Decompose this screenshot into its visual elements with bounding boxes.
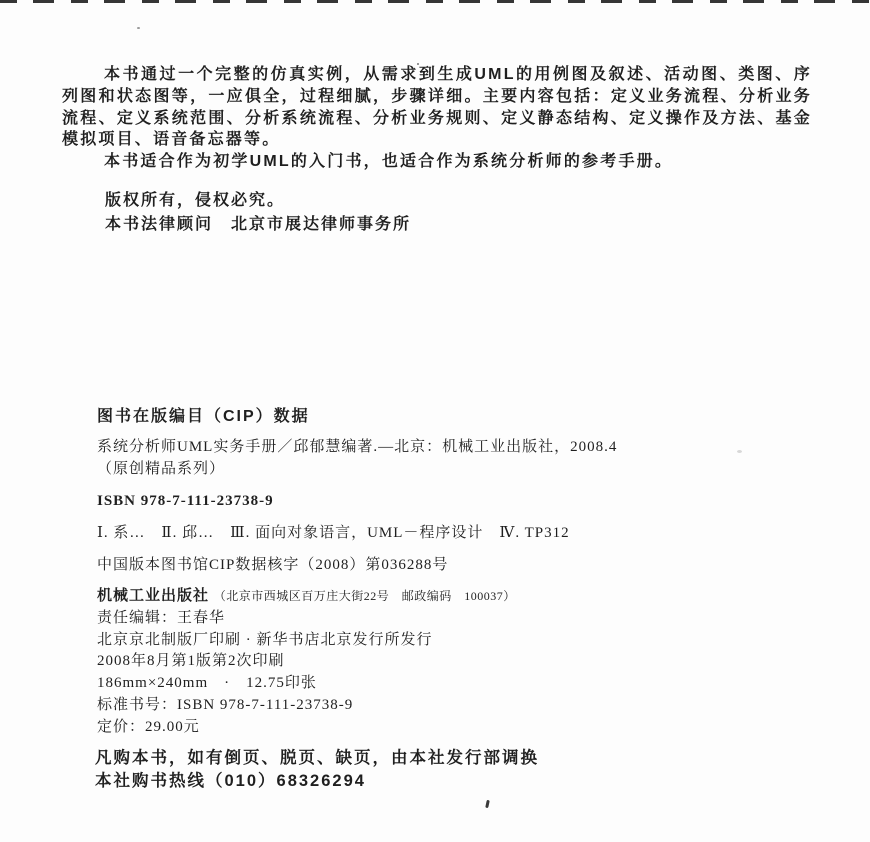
editor-line: 责任编辑：王春华: [97, 608, 757, 630]
book-number-line: 标准书号：ISBN 978-7-111-23738-9: [97, 695, 757, 717]
edition-line: 2008年8月第1版第2次印刷: [97, 651, 757, 673]
cip-data-section: 系统分析师UML实务手册／邱郁慧编著.—北京：机械工业出版社，2008.4 （原…: [97, 436, 757, 576]
scan-speck: [485, 800, 490, 808]
scan-speck: [137, 27, 140, 29]
publisher-name: 机械工业出版社: [97, 587, 209, 604]
cip-isbn-line: ISBN 978-7-111-23738-9: [97, 490, 757, 512]
format-line: 186mm×240mm · 12.75印张: [97, 673, 757, 695]
publisher-address: （北京市西城区百万庄大街22号 邮政编码 100037）: [214, 589, 516, 603]
scan-edge-artifact: [0, 0, 870, 3]
service-info-section: 凡购本书，如有倒页、脱页、缺页，由本社发行部调换 本社购书热线（010）6832…: [95, 747, 539, 792]
price-line: 定价：29.00元: [97, 717, 757, 739]
legal-counsel-line: 本书法律顾问 北京市展达律师事务所: [105, 213, 411, 237]
publisher-line: 机械工业出版社 （北京市西城区百万庄大街22号 邮政编码 100037）: [97, 585, 757, 608]
intro-paragraph-audience: 本书适合作为初学UML的入门书，也适合作为系统分析师的参考手册。: [62, 151, 812, 173]
cip-record-number-line: 中国版本图书馆CIP数据核字（2008）第036288号: [97, 554, 757, 576]
purchase-hotline-line: 本社购书热线（010）68326294: [95, 770, 539, 793]
book-intro-section: 本书通过一个完整的仿真实例，从需求到生成UML的用例图及叙述、活动图、类图、序列…: [62, 64, 812, 173]
cip-series-line: （原创精品系列）: [97, 458, 757, 480]
cip-header: 图书在版编目（CIP）数据: [97, 403, 310, 426]
cip-title-line: 系统分析师UML实务手册／邱郁慧编著.—北京：机械工业出版社，2008.4: [97, 436, 757, 458]
publication-info-section: 机械工业出版社 （北京市西城区百万庄大街22号 邮政编码 100037） 责任编…: [97, 585, 757, 739]
copyright-section: 版权所有，侵权必究。 本书法律顾问 北京市展达律师事务所: [105, 189, 411, 236]
intro-paragraph-summary: 本书通过一个完整的仿真实例，从需求到生成UML的用例图及叙述、活动图、类图、序列…: [62, 64, 812, 151]
exchange-policy-line: 凡购本书，如有倒页、脱页、缺页，由本社发行部调换: [95, 747, 539, 770]
book-copyright-page: 本书通过一个完整的仿真实例，从需求到生成UML的用例图及叙述、活动图、类图、序列…: [0, 0, 870, 842]
copyright-notice: 版权所有，侵权必究。: [105, 189, 411, 213]
printer-line: 北京京北制版厂印刷 · 新华书店北京发行所发行: [97, 630, 757, 652]
cip-classification-line: Ⅰ. 系… Ⅱ. 邱… Ⅲ. 面向对象语言，UML－程序设计 Ⅳ. TP312: [97, 522, 757, 544]
